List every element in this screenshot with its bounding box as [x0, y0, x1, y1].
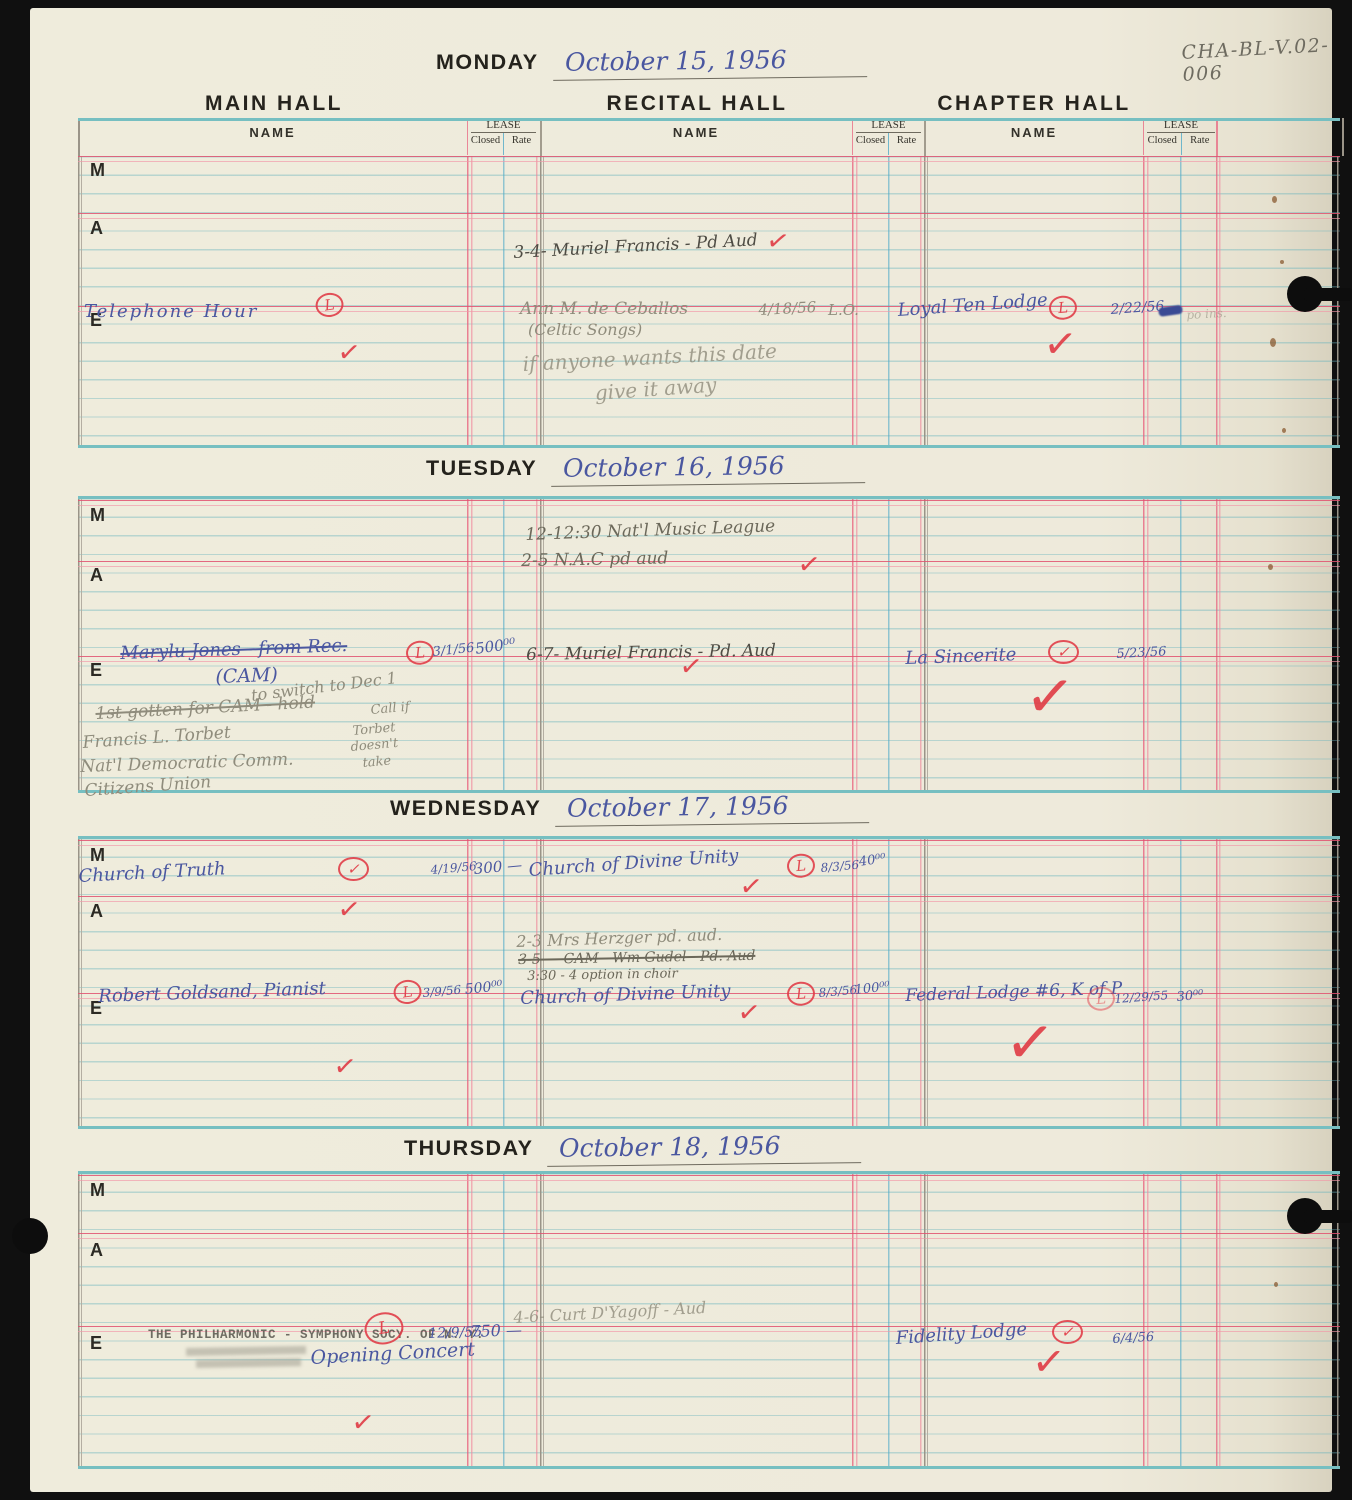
rule-line	[78, 118, 1340, 121]
column-header-rate: Rate	[889, 133, 924, 155]
row-label-afternoon: A	[90, 901, 103, 922]
rule-line	[78, 306, 1340, 312]
ruled-grid-wednesday	[78, 838, 1340, 1126]
day-header-wednesday: WEDNESDAY October 17, 1956	[390, 792, 869, 825]
day-date-handwritten: October 18, 1956	[547, 1130, 861, 1167]
day-date-handwritten: October 15, 1956	[552, 44, 866, 81]
ruled-grid-monday	[78, 156, 1340, 445]
rule-line	[78, 1326, 1340, 1332]
row-label-evening: E	[90, 660, 102, 681]
day-label: TUESDAY	[426, 456, 537, 481]
column-header-lease: LEASE	[471, 119, 536, 133]
lease-header-group: LEASE Closed Rate	[467, 119, 539, 155]
rule-line	[78, 561, 1340, 567]
hall-title-chapter: CHAPTER HALL	[926, 92, 1142, 116]
hall-title-recital: RECITAL HALL	[542, 92, 852, 116]
rule-line	[78, 1126, 1340, 1129]
rule-line	[78, 213, 1340, 219]
row-label-afternoon: A	[90, 1240, 103, 1261]
scanned-ledger-page: CHA-BL-V.02-006 MONDAY October 15, 1956 …	[0, 0, 1352, 1500]
rule-line	[78, 836, 1340, 839]
rule-line	[78, 840, 1340, 846]
rule-line	[78, 1233, 1340, 1239]
rule-line	[78, 656, 1340, 662]
stain	[1282, 428, 1286, 433]
day-date-handwritten: October 16, 1956	[551, 450, 865, 487]
punch-hole	[1304, 288, 1352, 301]
stain	[1274, 1282, 1278, 1287]
stain	[1272, 196, 1277, 203]
lease-header-group: LEASE Closed Rate	[852, 119, 924, 155]
rule-line	[78, 156, 1340, 162]
row-label-afternoon: A	[90, 218, 103, 239]
day-header-thursday: THURSDAY October 18, 1956	[404, 1132, 861, 1165]
stain	[1270, 338, 1276, 347]
column-header-closed: Closed	[468, 133, 504, 155]
day-header-tuesday: TUESDAY October 16, 1956	[426, 452, 865, 485]
row-label-morning: M	[90, 1180, 105, 1201]
row-label-afternoon: A	[90, 565, 103, 586]
reference-number: CHA-BL-V.02-006	[1181, 34, 1333, 86]
row-label-evening: E	[90, 1333, 102, 1354]
rule-line	[78, 1175, 1340, 1181]
column-header-lease: LEASE	[1147, 119, 1215, 133]
row-label-evening: E	[90, 310, 102, 331]
column-header-closed: Closed	[1144, 133, 1182, 155]
rule-line	[78, 445, 1340, 448]
ledger-paper: CHA-BL-V.02-006 MONDAY October 15, 1956 …	[30, 8, 1332, 1492]
column-header-closed: Closed	[853, 133, 889, 155]
ruled-grid-tuesday	[78, 498, 1340, 790]
row-label-morning: M	[90, 160, 105, 181]
column-header-rate: Rate	[504, 133, 539, 155]
column-header-rate: Rate	[1182, 133, 1219, 155]
rule-line	[78, 500, 1340, 506]
row-label-morning: M	[90, 505, 105, 526]
day-label: MONDAY	[436, 50, 539, 75]
day-date-handwritten: October 17, 1956	[555, 790, 869, 827]
lease-header-group: LEASE Closed Rate	[1143, 119, 1218, 155]
rule-line	[78, 790, 1340, 793]
row-label-evening: E	[90, 998, 102, 1019]
day-label: THURSDAY	[404, 1136, 533, 1161]
row-label-morning: M	[90, 845, 105, 866]
column-header-name: NAME	[926, 125, 1142, 140]
ruled-grid-thursday	[78, 1173, 1340, 1466]
punch-hole	[12, 1218, 48, 1254]
column-header-name: NAME	[542, 125, 850, 140]
stain	[1280, 260, 1284, 264]
rule-line	[78, 1466, 1340, 1469]
day-label: WEDNESDAY	[390, 796, 541, 821]
rule-line	[78, 896, 1340, 902]
punch-hole	[1304, 1210, 1352, 1223]
rule-line	[78, 993, 1340, 999]
rule-line	[78, 496, 1340, 499]
rule-line	[78, 1171, 1340, 1174]
day-header-monday: MONDAY October 15, 1956	[436, 46, 867, 79]
stain	[1268, 564, 1273, 570]
column-header-lease: LEASE	[856, 119, 921, 133]
hall-title-main: MAIN HALL	[80, 92, 468, 116]
column-header-name: NAME	[80, 125, 465, 140]
